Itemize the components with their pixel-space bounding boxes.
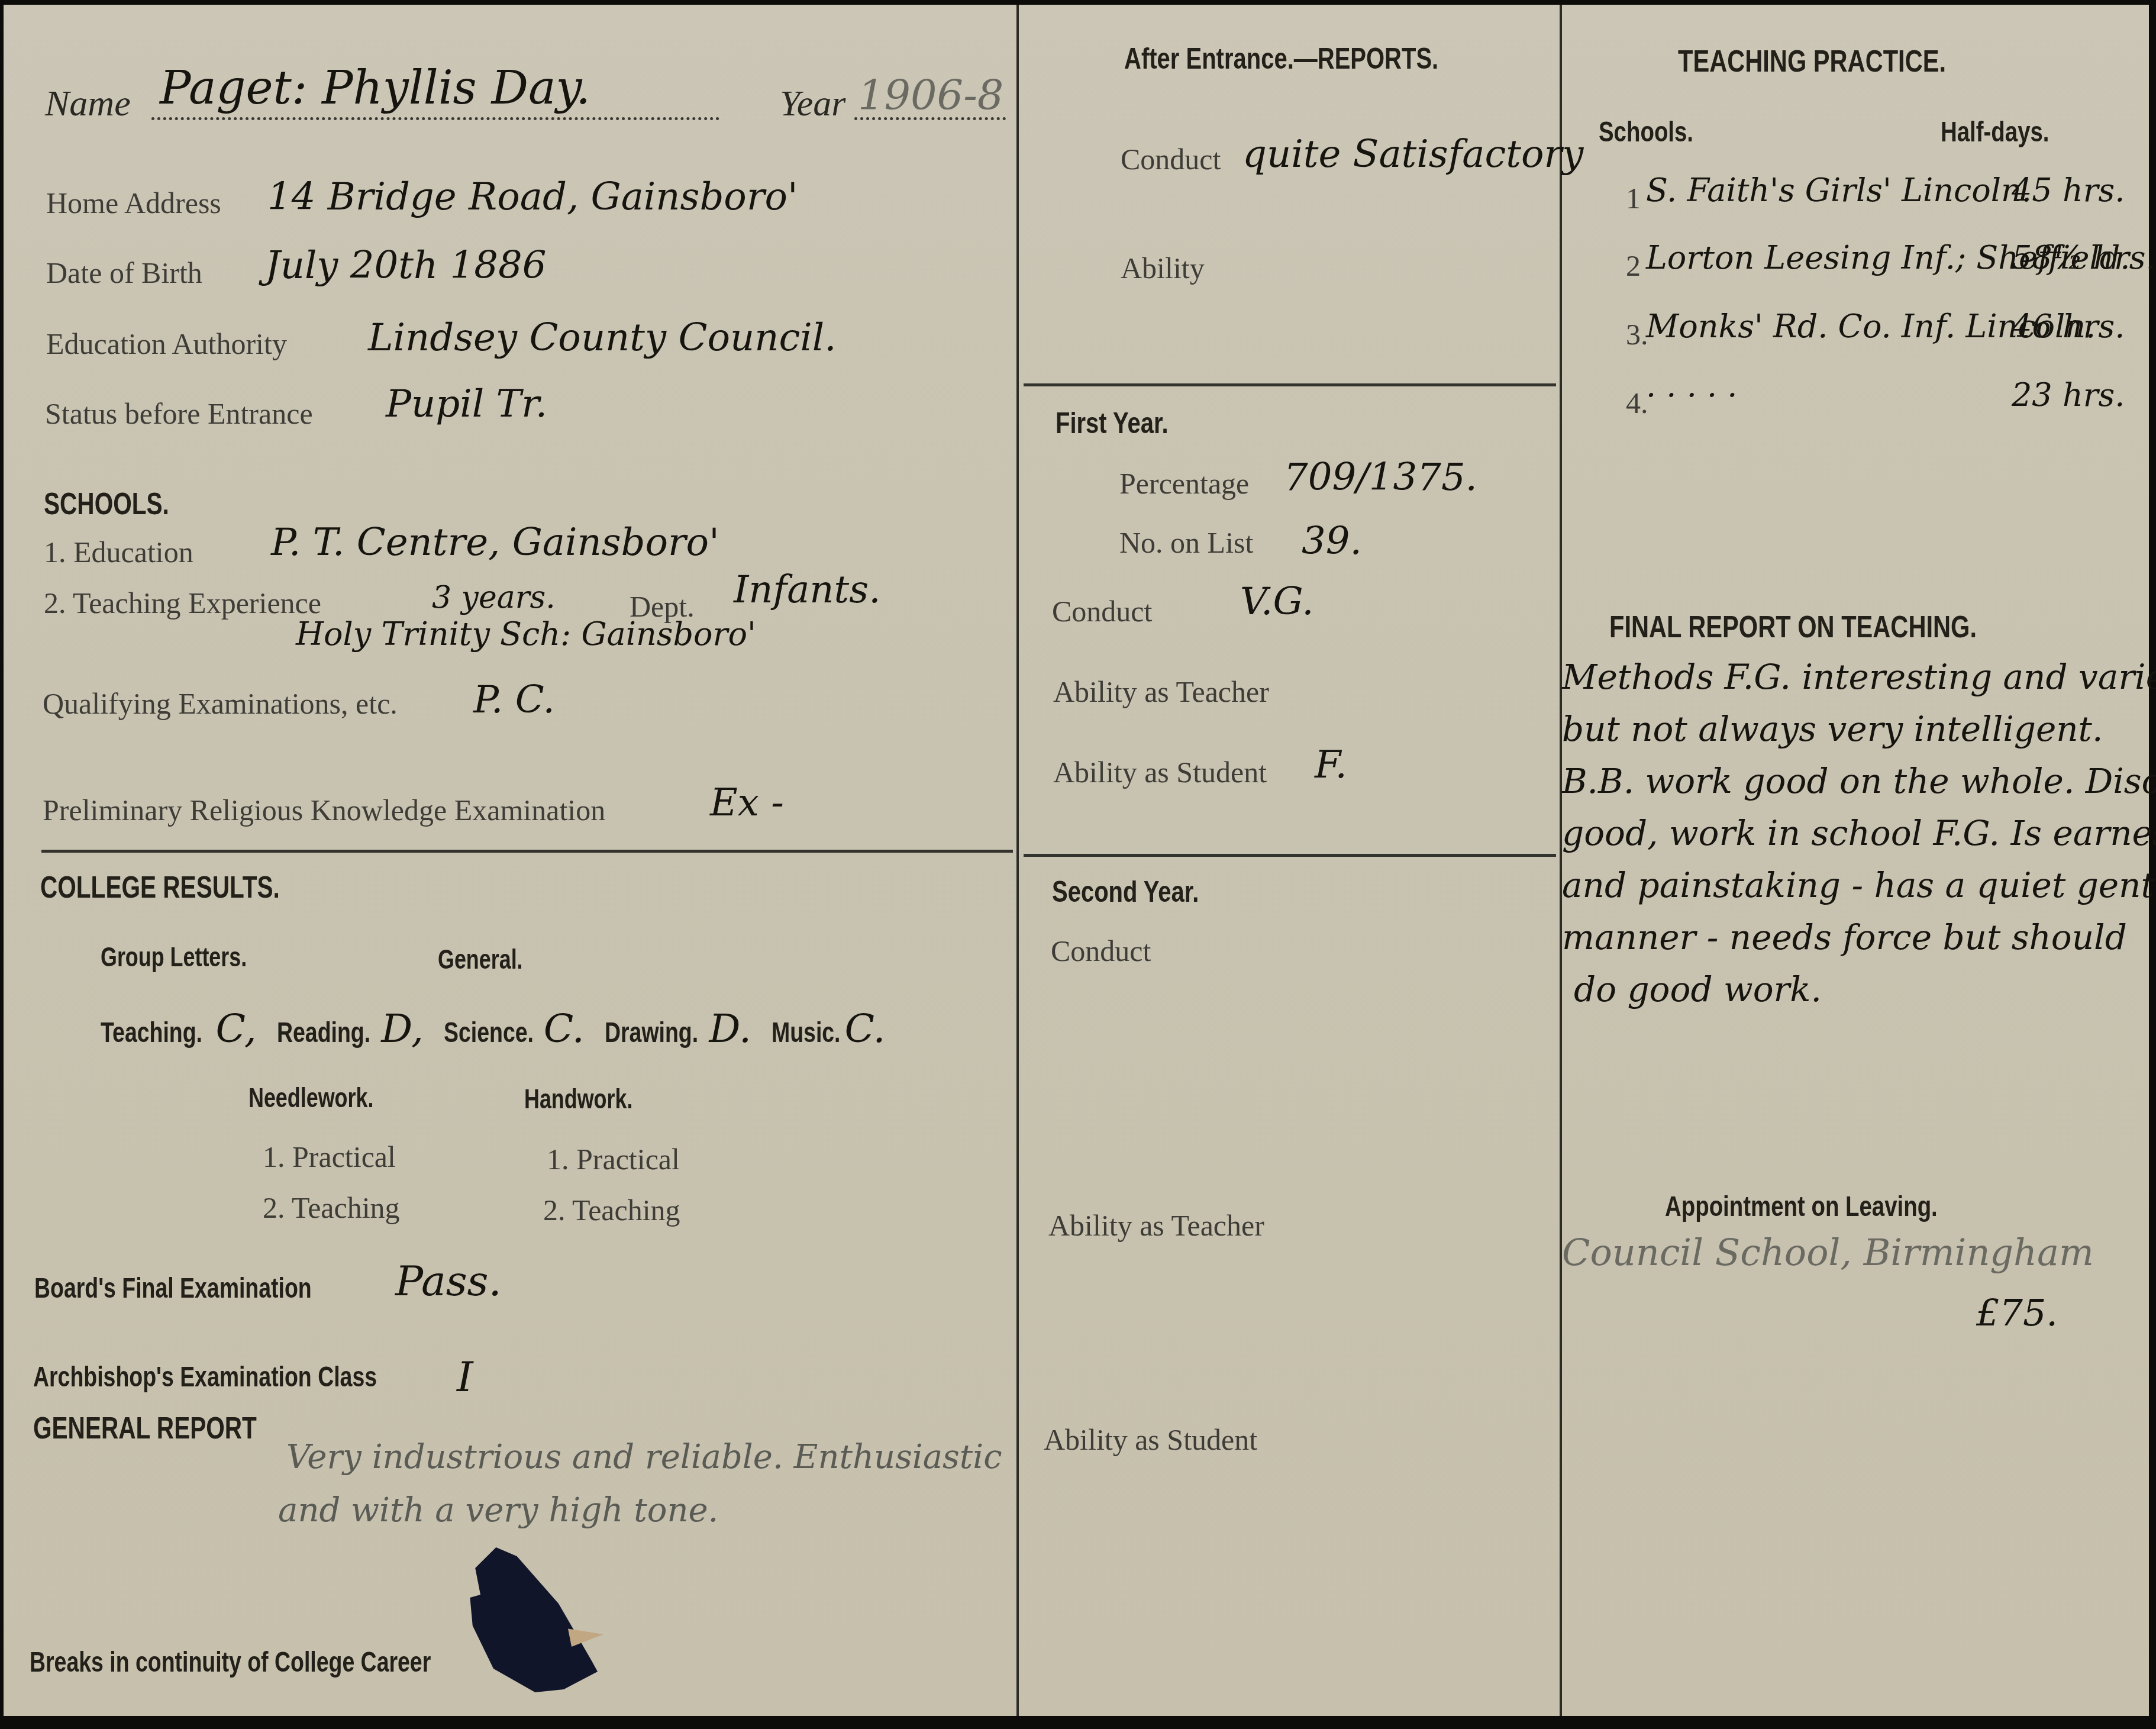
first-year-ability-teacher-label: Ability as Teacher	[1053, 675, 1269, 709]
appointment-salary: £75.	[1976, 1291, 2058, 1334]
second-year-heading: Second Year.	[1052, 875, 1199, 909]
status-value: Pupil Tr.	[386, 382, 547, 426]
final-report-line: but not always very intelligent.	[1562, 709, 2103, 749]
subject-grade: D,	[381, 1006, 424, 1051]
subject-grade: D.	[709, 1006, 751, 1051]
second-year-conduct-label: Conduct	[1051, 934, 1151, 968]
schools-column-header: Schools.	[1599, 116, 1693, 149]
final-report-line: manner - needs force but should	[1562, 917, 2127, 957]
dept-value: Infants.	[734, 568, 880, 612]
teaching-practice-heading: TEACHING PRACTICE.	[1678, 44, 1946, 79]
education-value: P. T. Centre, Gainsboro'	[271, 521, 719, 564]
home-address-value: 14 Bridge Road, Gainsboro'	[267, 175, 798, 219]
no-on-list-label: No. on List	[1119, 525, 1253, 560]
final-report-line: good, work in school F.G. Is earnest	[1562, 813, 2156, 853]
final-report-line: B.B. work good on the whole. Discipline	[1562, 761, 2156, 801]
year-value: 1906-8	[858, 71, 1003, 120]
practice-row-half-days: 46 hrs.	[2012, 308, 2125, 345]
archbishop-exam-label: Archbishop's Examination Class	[33, 1361, 377, 1393]
appointment-value: Council School, Birmingham	[1562, 1231, 2094, 1274]
subject-grade: C.	[844, 1006, 885, 1051]
name-dotted-line	[151, 117, 719, 120]
practice-row-number: 4.	[1626, 386, 1648, 420]
handwork-label: Handwork.	[524, 1083, 632, 1115]
first-year-conduct-value: V.G.	[1240, 580, 1314, 624]
dept-label: Dept.	[630, 589, 695, 624]
final-report-line: and painstaking - has a quiet gentle	[1562, 865, 2156, 905]
handwork-practical: 1. Practical	[547, 1142, 680, 1176]
rule-left-college	[41, 850, 1013, 853]
general-report-heading: GENERAL REPORT	[33, 1411, 257, 1446]
half-days-column-header: Half-days.	[1941, 116, 2050, 149]
status-label: Status before Entrance	[45, 396, 313, 431]
appointment-heading: Appointment on Leaving.	[1665, 1191, 1938, 1223]
final-report-line: do good work.	[1574, 969, 1822, 1009]
divider-left	[1016, 5, 1019, 1716]
practice-row-half-days: 23 hrs.	[2012, 376, 2125, 414]
subject-label: Science.	[444, 1017, 534, 1049]
dob-value: July 20th 1886	[265, 244, 546, 288]
final-report-heading: FINAL REPORT ON TEACHING.	[1609, 609, 1977, 645]
rule-mid-first-year	[1024, 383, 1556, 386]
practice-row-half-days: 58½ hrs.	[2012, 239, 2156, 276]
after-entrance-conduct-value: quite Satisfactory	[1242, 133, 1583, 176]
final-report-line: Methods F.G. interesting and varied	[1562, 657, 2156, 697]
first-year-conduct-label: Conduct	[1052, 594, 1152, 628]
rule-mid-second-year	[1024, 854, 1556, 857]
practice-row-school: · · · · ·	[1646, 376, 1738, 414]
schools-heading: SCHOOLS.	[44, 486, 169, 522]
teaching-experience-years: 3 years.	[432, 580, 556, 615]
practice-row-number: 2	[1626, 249, 1641, 283]
name-value: Paget: Phyllis Day.	[160, 62, 590, 115]
subject-grade: C.	[544, 1006, 585, 1051]
practice-row-number: 3.	[1626, 317, 1648, 351]
after-entrance-conduct-label: Conduct	[1121, 142, 1221, 176]
boards-final-value: Pass.	[395, 1257, 502, 1305]
subject-label: Drawing.	[605, 1017, 698, 1049]
practice-row-half-days: 45 hrs.	[2012, 172, 2125, 209]
first-year-ability-student-label: Ability as Student	[1053, 755, 1267, 789]
religious-exam-value: Ex -	[710, 781, 784, 825]
general-label: General.	[438, 943, 523, 975]
needlework-teaching: 2. Teaching	[263, 1191, 400, 1225]
subject-grades-row: Teaching.C,Reading.D,Science.C.Drawing.D…	[101, 1006, 906, 1051]
breaks-in-continuity-label: Breaks in continuity of College Career	[30, 1646, 431, 1679]
name-label: Name	[45, 83, 131, 125]
education-authority-value: Lindsey County Council.	[368, 316, 837, 360]
no-on-list-value: 39.	[1302, 520, 1362, 563]
second-year-ability-student-label: Ability as Student	[1044, 1422, 1257, 1457]
college-results-heading: COLLEGE RESULTS.	[40, 870, 280, 905]
boards-final-label: Board's Final Examination	[34, 1272, 312, 1305]
percentage-value: 709/1375.	[1284, 456, 1477, 499]
qualifying-exams-value: P. C.	[473, 678, 555, 722]
first-year-heading: First Year.	[1056, 406, 1169, 440]
teaching-experience-label: 2. Teaching Experience	[44, 586, 321, 620]
second-year-ability-teacher-label: Ability as Teacher	[1048, 1208, 1264, 1243]
handwork-teaching: 2. Teaching	[543, 1193, 680, 1227]
subject-label: Teaching.	[101, 1017, 202, 1049]
home-address-label: Home Address	[46, 186, 221, 220]
after-entrance-heading: After Entrance.—REPORTS.	[1124, 41, 1438, 76]
subject-label: Music.	[772, 1017, 841, 1049]
divider-right	[1560, 5, 1562, 1716]
subject-label: Reading.	[277, 1017, 370, 1049]
year-label: Year	[780, 83, 845, 125]
dob-label: Date of Birth	[46, 256, 202, 290]
practice-row-school: S. Faith's Girls' Lincoln.	[1646, 172, 2032, 209]
general-report-line-2: and with a very high tone.	[278, 1491, 718, 1530]
education-label: 1. Education	[44, 535, 193, 569]
general-report-line-1: Very industrious and reliable. Enthusias…	[286, 1438, 1002, 1476]
qualifying-exams-label: Qualifying Examinations, etc.	[43, 686, 398, 721]
practice-row-number: 1	[1626, 181, 1641, 215]
needlework-practical: 1. Practical	[263, 1140, 396, 1174]
needlework-label: Needlework.	[248, 1082, 373, 1114]
percentage-label: Percentage	[1119, 466, 1249, 501]
first-year-ability-student-value: F.	[1315, 743, 1347, 787]
religious-exam-label: Preliminary Religious Knowledge Examinat…	[43, 793, 605, 827]
education-authority-label: Education Authority	[46, 327, 287, 361]
subject-grade: C,	[215, 1006, 256, 1051]
archbishop-exam-value: I	[457, 1353, 473, 1401]
after-entrance-ability-label: Ability	[1121, 251, 1205, 285]
group-letters-label: Group Letters.	[101, 941, 247, 973]
